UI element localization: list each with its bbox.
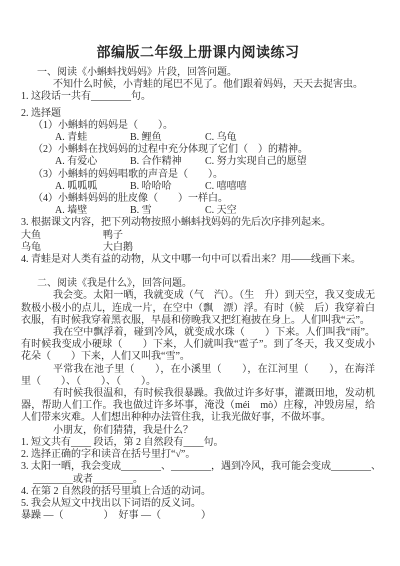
choice-2-option-a: A. 有爱心 [55, 156, 130, 168]
choice-1-option-b: B. 鲤鱼 [130, 132, 205, 144]
section2-paragraph-1: 我会变。太阳一晒，我就变成（气 汽）。（生 升）到天空，我又变成无数极小极小的点… [21, 290, 375, 327]
choice-4-option-c: C. 天空 [205, 205, 237, 217]
animal-yazi: 鸭子 [103, 230, 123, 241]
section1-question-4: 4. 青蛙是对人类有益的动物，从文中哪一句中可以看出来？用——线画下来。 [21, 254, 375, 266]
section-divider-space [21, 266, 375, 278]
choice-4-stem: （4）小蝌蚪妈妈的肚皮像（ ）一样白。 [21, 193, 375, 205]
antonym-fill-line: 暴躁 —（ ） 好事 —（ ） [21, 510, 375, 522]
animal-dabai-e: 大白鹅 [103, 242, 133, 253]
animal-row-1: 大鱼鸭子 [21, 230, 375, 242]
choice-2-option-c: C. 努力实现自己的愿望 [205, 156, 307, 168]
choice-3-option-a: A. 呱呱呱 [55, 181, 130, 193]
section1-heading: 一、阅读《小蝌蚪找妈妈》片段，回答问题。 [21, 67, 375, 79]
worksheet-page: 部编版二年级上册课内阅读练习 一、阅读《小蝌蚪找妈妈》片段，回答问题。 不知什么… [0, 0, 400, 566]
section2-question-3-line2: ________或者________。 [21, 474, 375, 486]
choice-1-options: A. 青蛙B. 鲤鱼C. 乌龟 [21, 132, 375, 144]
section2-heading: 二、阅读《我是什么》，回答问题。 [21, 278, 375, 290]
choice-1-option-a: A. 青蛙 [55, 132, 130, 144]
choice-4-option-a: A. 墙壁 [55, 205, 130, 217]
animal-row-2: 乌龟大白鹅 [21, 242, 375, 254]
section2-paragraph-4: 有时候我很温和，有时候我很暴躁。我做过许多好事，灌溉田地，发动机器，帮助人们工作… [21, 388, 375, 425]
animal-dayu: 大鱼 [21, 230, 103, 242]
choice-4-options: A. 墙壁B. 雪C. 天空 [21, 205, 375, 217]
section1-question-1: 1. 这段话一共有________句。 [21, 91, 375, 103]
section2-paragraph-3: 平常我在池子里（ ），在小溪里（ ），在江河里（ ），在海洋里（ ）、（ ）、（… [21, 364, 375, 388]
section1-question-3-label: 3. 根据课文内容，把下列动物按照小蝌蚪找妈妈的先后次序排列起来。 [21, 217, 375, 229]
section1-passage: 不知什么时候，小青蛙的尾巴不见了。他们跟着妈妈，天天去捉害虫。 [21, 79, 375, 91]
choice-3-stem: （3）小蝌蚪的妈妈唱歌的声音是（ ）。 [21, 169, 375, 181]
choice-3-option-c: C. 嘻嘻嘻 [205, 181, 247, 193]
choice-3-options: A. 呱呱呱B. 哈哈哈C. 嘻嘻嘻 [21, 181, 375, 193]
choice-4-option-b: B. 雪 [130, 205, 205, 217]
section2-question-4: 4. 在第 2 自然段的括号里填上合适的动词。 [21, 486, 375, 498]
choice-1-stem: （1）小蝌蚪的妈妈是（ ）。 [21, 120, 375, 132]
choice-2-options: A. 有爱心B. 合作精神C. 努力实现自己的愿望 [21, 156, 375, 168]
section2-question-1: 1. 短文共有____ 段话，第 2 自然段有____句。 [21, 437, 375, 449]
choice-1-option-c: C. 乌龟 [205, 132, 237, 144]
section2-question-2: 2. 选择正确的字和读音在括号里打“√”。 [21, 449, 375, 461]
choice-2-stem: （2）小蝌蚪在找妈妈的过程中充分体现了它们（ ）的精神。 [21, 144, 375, 156]
section2-paragraph-2: 我在空中飘浮着，碰到冷风，就变成水珠（ ）下来。人们叫我“雨”。有时候我变成小硬… [21, 327, 375, 364]
section1-question-2-label: 2. 选择题 [21, 108, 375, 120]
section2-question-5: 5. 我会从短文中找出以下词语的反义词。 [21, 498, 375, 510]
animal-wugui: 乌龟 [21, 242, 103, 254]
section2-paragraph-5: 小朋友，你们猜猜，我是什么？ [21, 425, 375, 437]
choice-3-option-b: B. 哈哈哈 [130, 181, 205, 193]
page-title: 部编版二年级上册课内阅读练习 [21, 42, 375, 62]
section2-question-3-line1: 3. 太阳一晒，我会变成________、________，遇到冷风，我可能会变… [21, 461, 375, 473]
choice-2-option-b: B. 合作精神 [130, 156, 205, 168]
